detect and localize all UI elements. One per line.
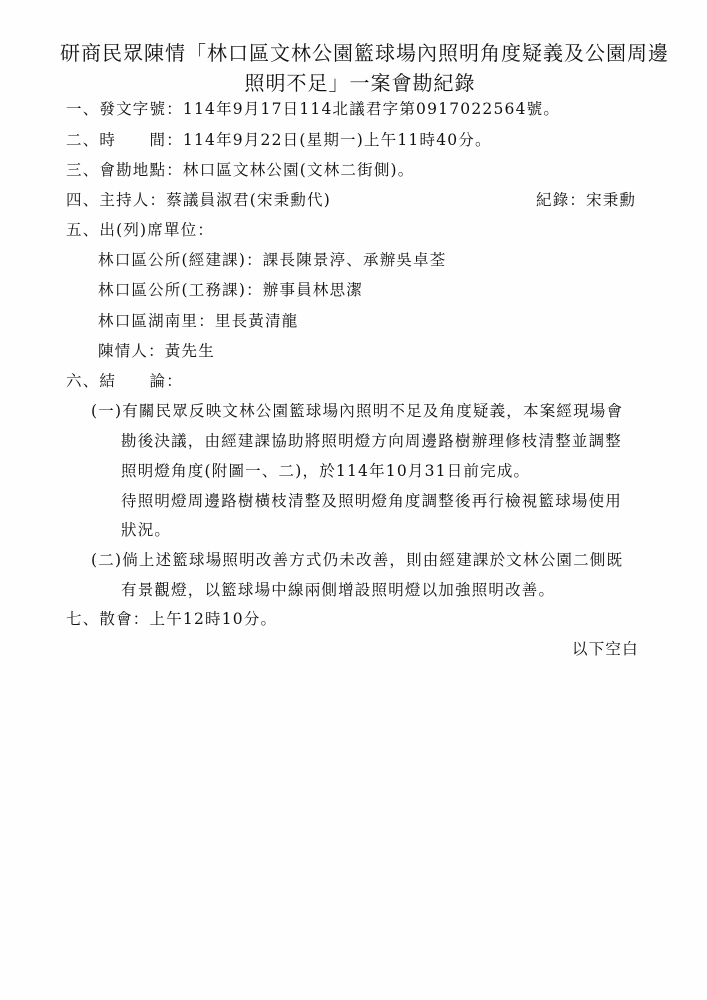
conclusion-1-line: 狀況。 <box>121 518 171 542</box>
item-location: 三、會勘地點：林口區文林公園(文林二街側)。 <box>66 158 415 182</box>
attendees-heading: 五、出(列)席單位： <box>66 218 214 242</box>
conclusion-1-line: 待照明燈周邊路樹橫枝清整及照明燈角度調整後再行檢視籃球場使用 <box>121 489 622 513</box>
attendee-row: 林口區公所(工務課)：辦事員林思潔 <box>98 278 363 302</box>
attendee-row: 林口區湖南里：里長黃清龍 <box>98 309 298 333</box>
conclusion-1-line: 勘後決議，由經建課協助將照明燈方向周邊路樹辦理修枝清整並調整 <box>121 429 622 453</box>
item-host: 四、主持人：蔡議員淑君(宋秉勳代) <box>66 188 331 212</box>
item-adjourn: 七、散會：上午12時10分。 <box>66 607 277 631</box>
attendee-row: 林口區公所(經建課)：課長陳景渟、承辦吳卓荃 <box>98 248 447 272</box>
conclusion-2-line: 有景觀燈，以籃球場中線兩側增設照明燈以加強照明改善。 <box>121 578 555 602</box>
document-title-line-1: 研商民眾陳情「林口區文林公園籃球場內照明角度疑義及公園周邊 <box>60 38 660 68</box>
document-page: 研商民眾陳情「林口區文林公園籃球場內照明角度疑義及公園周邊 照明不足」一案會勘紀… <box>0 0 707 1000</box>
blank-below-note: 以下空白 <box>572 637 639 661</box>
conclusion-1-line: 照明燈角度(附圖一、二)，於114年10月31日前完成。 <box>121 459 530 483</box>
conclusion-2-line: (二)倘上述籃球場照明改善方式仍未改善，則由經建課於文林公園二側既 <box>91 548 623 572</box>
conclusion-1-line: (一)有關民眾反映文林公園籃球場內照明不足及角度疑義，本案經現場會 <box>91 399 623 423</box>
item-doc-number: 一、發文字號：114年9月17日114北議君字第0917022564號。 <box>66 97 560 121</box>
conclusion-heading: 六、結 論： <box>66 369 183 393</box>
document-title-line-2: 照明不足」一案會勘紀錄 <box>60 68 660 98</box>
item-time: 二、時 間：114年9月22日(星期一)上午11時40分。 <box>66 128 492 152</box>
item-recorder: 紀錄：宋秉勳 <box>536 188 636 212</box>
attendee-row: 陳情人：黃先生 <box>98 339 215 363</box>
